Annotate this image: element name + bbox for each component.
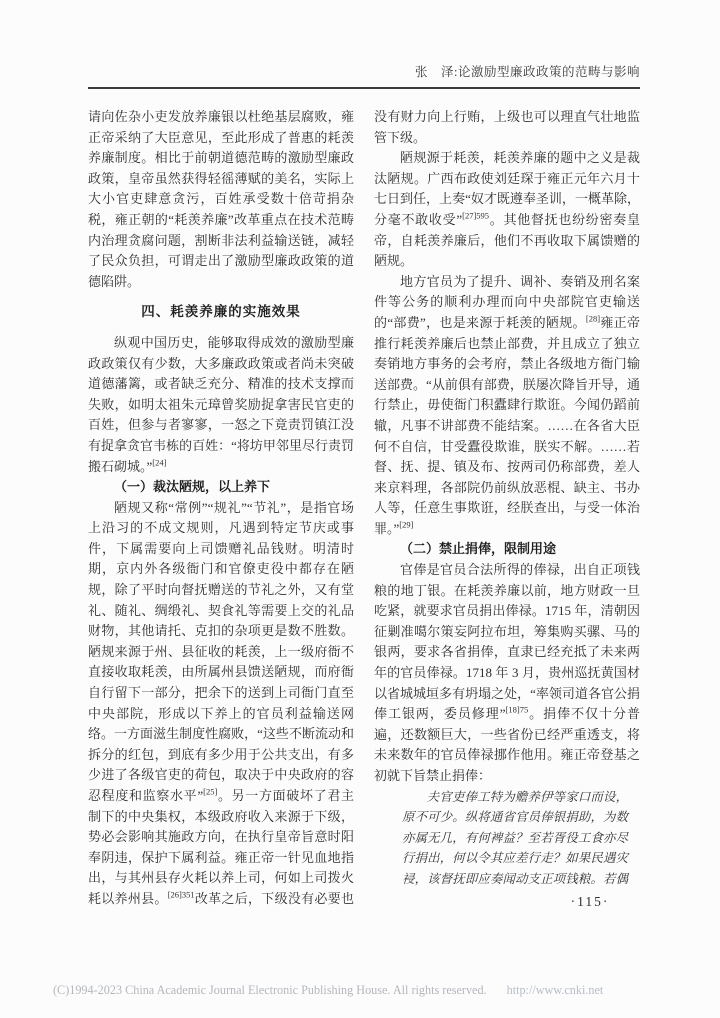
- footer-watermark: (C)1994-2023 China Academic Journal Elec…: [53, 983, 673, 998]
- page-number: ·115·: [540, 894, 640, 910]
- subheading-jinzhi-juanfeng: （二）禁止捐俸，限制用途: [374, 539, 640, 560]
- paragraph-bufei: 地方官员为了提升、调补、奏销及刑名案件等公务的顺利办理而向中央部院官吏输送的“部…: [374, 272, 640, 540]
- paragraph-history: 纵观中国历史，能够取得成效的激励型廉政政策仅有少数，大多廉政政策或者尚未突破道德…: [88, 333, 354, 477]
- paragraph-juanfeng: 官俸是官员合法所得的俸禄，出自正项钱粮的地丁银。在耗羡养廉以前，地方财政一旦吃紧…: [374, 560, 640, 787]
- paragraph-caitai: 陋规源于耗羡，耗羡养廉的题中之义是裁汰陋规。广西布政使刘廷琛于雍正元年六月十七日…: [374, 148, 640, 272]
- footer-copyright: (C)1994-2023 China Academic Journal Elec…: [53, 983, 487, 998]
- paragraph-intro-continuation: 请向佐杂小吏发放养廉银以杜绝基层腐败，雍正帝采纳了大臣意见，至此形成了普惠的耗羡…: [88, 107, 354, 292]
- footer-url: http://www.cnki.net: [507, 983, 604, 998]
- running-head: 张 泽:论激励型廉政政策的范畴与影响: [88, 62, 640, 80]
- header-divider: [88, 87, 640, 89]
- subheading-caitai-lougui: （一）裁汰陋规，以上养下: [88, 477, 354, 498]
- article-body: 请向佐杂小吏发放养廉银以杜绝基层腐败，雍正帝采纳了大臣意见，至此形成了普惠的耗羡…: [88, 107, 640, 910]
- section-heading: 四、耗羡养廉的实施效果: [88, 302, 354, 323]
